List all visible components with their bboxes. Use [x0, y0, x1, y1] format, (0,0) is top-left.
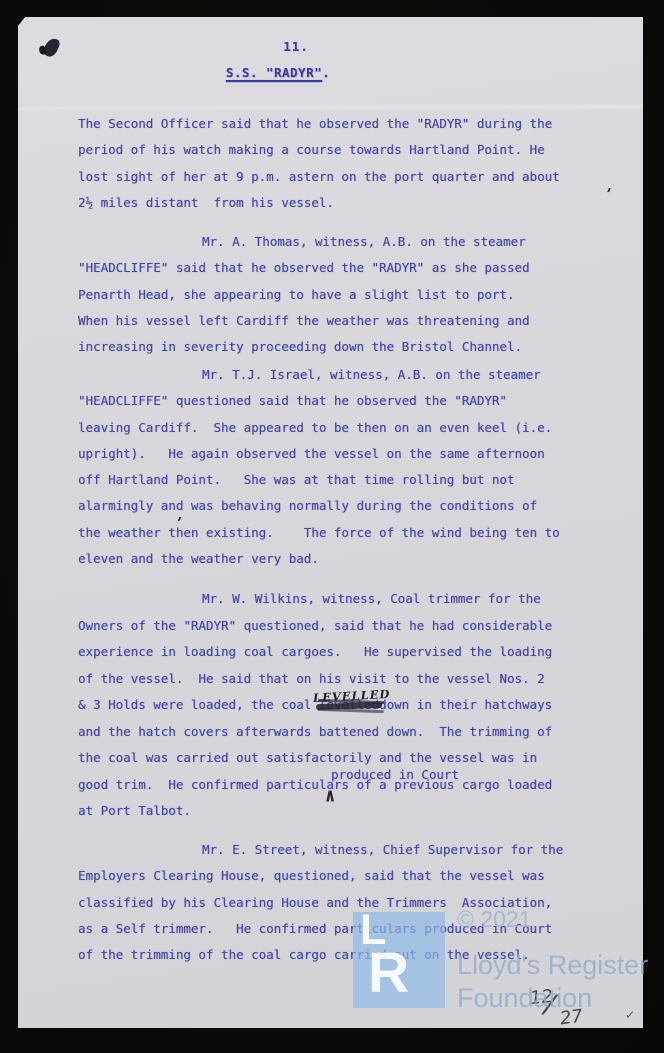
typed-text: alarmingly and was behaving normally dur… — [78, 498, 537, 513]
title-underlined-text: S.S. "RADYR" — [226, 65, 322, 80]
document-page: 11. S.S. "RADYR". The Second Officer sai… — [18, 17, 643, 1028]
typed-text: lost sight of her at 9 p.m. astern on th… — [78, 169, 560, 184]
typed-line: and the hatch covers afterwards battened… — [78, 719, 552, 746]
typed-line: "HEADCLIFFE" questioned said that he obs… — [78, 388, 560, 414]
watermark-name-line2: Foundation — [457, 983, 592, 1014]
typed-line: The Second Officer said that he observed… — [78, 111, 560, 137]
title-period: . — [322, 65, 330, 80]
checkmark-icon: ✓ — [625, 1008, 636, 1023]
paragraph-street: Mr. E. Street, witness, Chief Supervisor… — [78, 837, 563, 968]
typed-line: of the vessel. He said that on his visit… — [78, 666, 552, 693]
typed-text: down in their hatchways — [379, 697, 552, 712]
insertion-caret-mark: ∧ — [324, 784, 336, 807]
paragraph-second-officer: The Second Officer said that he observed… — [78, 111, 560, 216]
typed-line: good trim. He confirmed particulars of a… — [78, 772, 552, 799]
ink-blot — [42, 36, 62, 59]
typed-line: Mr. E. Street, witness, Chief Supervisor… — [78, 837, 563, 863]
typed-line: Owners of the "RADYR" questioned, said t… — [78, 613, 552, 640]
lloyds-register-logo: L R — [353, 912, 445, 1008]
typed-line: period of his watch making a course towa… — [78, 137, 560, 163]
archival-photo-scene: 11. S.S. "RADYR". The Second Officer sai… — [0, 0, 664, 1053]
typed-line: increasing in severity proceeding down t… — [78, 334, 530, 360]
paper-crease — [18, 105, 643, 110]
watermark-name-line1: Lloyd's Register — [457, 950, 648, 981]
handwritten-comma: , — [607, 173, 612, 199]
typed-line: eleven and the weather very bad. — [78, 546, 560, 572]
typed-line: the weather then existing. The force of … — [78, 520, 560, 546]
typed-line: upright). He again observed the vessel o… — [78, 441, 560, 467]
typed-line: When his vessel left Cardiff the weather… — [78, 308, 530, 334]
logo-letter-r: R — [368, 945, 409, 1002]
typed-line: Mr. T.J. Israel, witness, A.B. on the st… — [78, 362, 560, 388]
typed-line: at Port Talbot. — [78, 798, 552, 825]
typed-insertion-produced-in-court: produced in Court — [331, 767, 459, 782]
typed-line: Penarth Head, she appearing to have a sl… — [78, 282, 530, 308]
typed-text: & 3 Holds were loaded, the coal — [78, 697, 319, 712]
paragraph-israel: Mr. T.J. Israel, witness, A.B. on the st… — [78, 362, 560, 572]
typed-line: Mr. W. Wilkins, witness, Coal trimmer fo… — [78, 586, 552, 613]
paragraph-thomas: Mr. A. Thomas, witness, A.B. on the stea… — [78, 229, 530, 360]
typed-line: the coal was carried out satisfactorily … — [78, 745, 552, 772]
typed-line: experience in loading coal cargoes. He s… — [78, 639, 552, 666]
typed-line: alarmingly and was behaving normally dur… — [78, 493, 560, 519]
typed-text: good trim. He confirmed particulars — [78, 777, 349, 792]
page-title: S.S. "RADYR". — [178, 65, 378, 80]
paragraph-wilkins: Mr. W. Wilkins, witness, Coal trimmer fo… — [78, 586, 552, 825]
typed-line: leaving Cardiff. She appeared to be then… — [78, 415, 560, 441]
watermark-copyright: © 2021 — [457, 906, 532, 933]
typed-line: lost sight of her at 9 p.m. astern on th… — [78, 164, 560, 190]
typed-line: Employers Clearing House, questioned, sa… — [78, 863, 563, 889]
typed-line: Mr. A. Thomas, witness, A.B. on the stea… — [78, 229, 530, 255]
typed-line: 2½ miles distant from his vessel. — [78, 190, 560, 216]
page-number: 11. — [246, 39, 346, 54]
typed-line: "HEADCLIFFE" said that he observed the "… — [78, 255, 530, 281]
typed-line: off Hartland Point. She was at that time… — [78, 467, 560, 493]
